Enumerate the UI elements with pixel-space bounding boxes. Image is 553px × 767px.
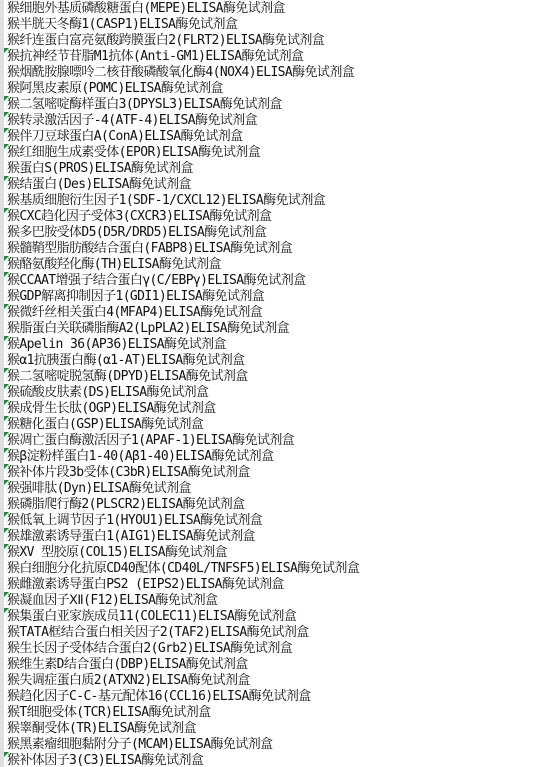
spreadsheet-row[interactable]: 猴细胞外基质磷酸糖蛋白(MEPE)ELISA酶免试剂盒 xyxy=(0,0,553,16)
cell-text[interactable]: 猴硫酸皮肤素(DS)ELISA酶免试剂盒 xyxy=(4,385,208,400)
spreadsheet-row[interactable]: 猴结蛋白(Des)ELISA酶免试剂盒 xyxy=(0,176,553,192)
cell-text[interactable]: 猴补体片段3b受体(C3bR)ELISA酶免试剂盒 xyxy=(4,465,250,480)
cell-text[interactable]: 猴糖化蛋白(GSP)ELISA酶免试剂盒 xyxy=(4,417,203,432)
cell-text[interactable]: 猴伴刀豆球蛋白A(ConA)ELISA酶免试剂盒 xyxy=(4,129,243,144)
spreadsheet-row[interactable]: 猴酪氨酸羟化酶(TH)ELISA酶免试剂盒 xyxy=(0,256,553,272)
spreadsheet-row[interactable]: 猴生长因子受体结合蛋白2(Grb2)ELISA酶免试剂盒 xyxy=(0,640,553,656)
spreadsheet-row[interactable]: 猴趋化因子C-C-基元配体16(CCL16)ELISA酶免试剂盒 xyxy=(0,688,553,704)
spreadsheet-row[interactable]: 猴凋亡蛋白酶激活因子1(APAF-1)ELISA酶免试剂盒 xyxy=(0,432,553,448)
spreadsheet-row[interactable]: 猴硫酸皮肤素(DS)ELISA酶免试剂盒 xyxy=(0,384,553,400)
spreadsheet-row[interactable]: 猴睾酮受体(TR)ELISA酶免试剂盒 xyxy=(0,720,553,736)
spreadsheet-row[interactable]: 猴红细胞生成素受体(EPOR)ELISA酶免试剂盒 xyxy=(0,144,553,160)
cell-text[interactable]: 猴CXC趋化因子受体3(CXCR3)ELISA酶免试剂盒 xyxy=(4,209,271,224)
spreadsheet-row[interactable]: 猴低氧上调节因子1(HYOU1)ELISA酶免试剂盒 xyxy=(0,512,553,528)
cell-text[interactable]: 猴TATA框结合蛋白相关因子2(TAF2)ELISA酶免试剂盒 xyxy=(4,625,309,640)
spreadsheet-row[interactable]: 猴CCAAT增强子结合蛋白γ(C/EBPγ)ELISA酶免试剂盒 xyxy=(0,272,553,288)
cell-text[interactable]: 猴烟酰胺腺嘌呤二核苷酸磷酸氧化酶4(NOX4)ELISA酶免试剂盒 xyxy=(4,65,354,80)
spreadsheet-row[interactable]: 猴阿黑皮素原(POMC)ELISA酶免试剂盒 xyxy=(0,80,553,96)
spreadsheet-row[interactable]: 猴雄激素诱导蛋白1(AIG1)ELISA酶免试剂盒 xyxy=(0,528,553,544)
cell-text[interactable]: 猴补体因子3(C3)ELISA酶免试剂盒 xyxy=(4,753,203,767)
cell-text[interactable]: 猴生长因子受体结合蛋白2(Grb2)ELISA酶免试剂盒 xyxy=(4,641,292,656)
cell-text[interactable]: 猴结蛋白(Des)ELISA酶免试剂盒 xyxy=(4,177,191,192)
spreadsheet-row[interactable]: 猴失调症蛋白质2(ATXN2)ELISA酶免试剂盒 xyxy=(0,672,553,688)
cell-text[interactable]: 猴XV 型胶原(COL15)ELISA酶免试剂盒 xyxy=(4,545,227,560)
cell-text[interactable]: 猴失调症蛋白质2(ATXN2)ELISA酶免试剂盒 xyxy=(4,673,250,688)
spreadsheet-row[interactable]: 猴XV 型胶原(COL15)ELISA酶免试剂盒 xyxy=(0,544,553,560)
spreadsheet-row[interactable]: 猴磷脂爬行酶2(PLSCR2)ELISA酶免试剂盒 xyxy=(0,496,553,512)
spreadsheet-row[interactable]: 猴半胱天冬酶1(CASP1)ELISA酶免试剂盒 xyxy=(0,16,553,32)
cell-text[interactable]: 猴强啡肽(Dyn)ELISA酶免试剂盒 xyxy=(4,481,191,496)
spreadsheet-row[interactable]: 猴GDP解离抑制因子1(GDI1)ELISA酶免试剂盒 xyxy=(0,288,553,304)
cell-text[interactable]: 猴GDP解离抑制因子1(GDI1)ELISA酶免试剂盒 xyxy=(4,289,264,304)
cell-text[interactable]: 猴趋化因子C-C-基元配体16(CCL16)ELISA酶免试剂盒 xyxy=(4,689,311,704)
cell-text[interactable]: 猴睾酮受体(TR)ELISA酶免试剂盒 xyxy=(4,721,196,736)
spreadsheet-row[interactable]: 猴凝血因子Ⅻ(F12)ELISA酶免试剂盒 xyxy=(0,592,553,608)
spreadsheet-row[interactable]: 猴多巴胺受体D5(D5R/DRD5)ELISA酶免试剂盒 xyxy=(0,224,553,240)
spreadsheet-row[interactable]: 猴糖化蛋白(GSP)ELISA酶免试剂盒 xyxy=(0,416,553,432)
cell-text[interactable]: 猴转录激活因子-4(ATF-4)ELISA酶免试剂盒 xyxy=(4,113,257,128)
spreadsheet-row[interactable]: 猴雌激素诱导蛋白PS2 (EIPS2)ELISA酶免试剂盒 xyxy=(0,576,553,592)
cell-text[interactable]: 猴雄激素诱导蛋白1(AIG1)ELISA酶免试剂盒 xyxy=(4,529,255,544)
cell-text[interactable]: 猴黑素瘤细胞黏附分子(MCAM)ELISA酶免试剂盒 xyxy=(4,737,273,752)
spreadsheet-row[interactable]: 猴成骨生长肽(OGP)ELISA酶免试剂盒 xyxy=(0,400,553,416)
cell-text[interactable]: 猴半胱天冬酶1(CASP1)ELISA酶免试剂盒 xyxy=(4,17,237,32)
cell-text[interactable]: 猴脂蛋白关联磷脂酶A2(LpPLA2)ELISA酶免试剂盒 xyxy=(4,321,289,336)
spreadsheet-row[interactable]: 猴转录激活因子-4(ATF-4)ELISA酶免试剂盒 xyxy=(0,112,553,128)
cell-text[interactable]: 猴维生素D结合蛋白(DBP)ELISA酶免试剂盒 xyxy=(4,657,248,672)
spreadsheet-row[interactable]: 猴TATA框结合蛋白相关因子2(TAF2)ELISA酶免试剂盒 xyxy=(0,624,553,640)
cell-text[interactable]: 猴基质细胞衍生因子1(SDF-1/CXCL12)ELISA酶免试剂盒 xyxy=(4,193,325,208)
spreadsheet-row[interactable]: 猴二氢嘧啶脱氢酶(DPYD)ELISA酶免试剂盒 xyxy=(0,368,553,384)
spreadsheet-row[interactable]: 猴补体因子3(C3)ELISA酶免试剂盒 xyxy=(0,752,553,767)
cell-text[interactable]: 猴抗神经节苷脂M1抗体(Anti-GM1)ELISA酶免试剂盒 xyxy=(4,49,303,64)
cell-text[interactable]: 猴蛋白S(PROS)ELISA酶免试剂盒 xyxy=(4,161,193,176)
spreadsheet-row[interactable]: 猴蛋白S(PROS)ELISA酶免试剂盒 xyxy=(0,160,553,176)
spreadsheet-row[interactable]: 猴Apelin 36(AP36)ELISA酶免试剂盒 xyxy=(0,336,553,352)
spreadsheet-row[interactable]: 猴黑素瘤细胞黏附分子(MCAM)ELISA酶免试剂盒 xyxy=(0,736,553,752)
spreadsheet-row[interactable]: 猴二氢嘧啶酶样蛋白3(DPYSL3)ELISA酶免试剂盒 xyxy=(0,96,553,112)
cell-text[interactable]: 猴低氧上调节因子1(HYOU1)ELISA酶免试剂盒 xyxy=(4,513,262,528)
cell-text[interactable]: 猴成骨生长肽(OGP)ELISA酶免试剂盒 xyxy=(4,401,216,416)
spreadsheet-row[interactable]: 猴髓鞘型脂肪酸结合蛋白(FABP8)ELISA酶免试剂盒 xyxy=(0,240,553,256)
cell-text[interactable]: 猴红细胞生成素受体(EPOR)ELISA酶免试剂盒 xyxy=(4,145,260,160)
spreadsheet-row[interactable]: 猴脂蛋白关联磷脂酶A2(LpPLA2)ELISA酶免试剂盒 xyxy=(0,320,553,336)
cell-text[interactable]: 猴微纤丝相关蛋白4(MFAP4)ELISA酶免试剂盒 xyxy=(4,305,262,320)
spreadsheet-row[interactable]: 猴维生素D结合蛋白(DBP)ELISA酶免试剂盒 xyxy=(0,656,553,672)
cell-text[interactable]: 猴磷脂爬行酶2(PLSCR2)ELISA酶免试剂盒 xyxy=(4,497,245,512)
spreadsheet-row[interactable]: 猴补体片段3b受体(C3bR)ELISA酶免试剂盒 xyxy=(0,464,553,480)
spreadsheet-row[interactable]: 猴α1抗胰蛋白酶(α1-AT)ELISA酶免试剂盒 xyxy=(0,352,553,368)
spreadsheet-row[interactable]: 猴β淀粉样蛋白1-40(Aβ1-40)ELISA酶免试剂盒 xyxy=(0,448,553,464)
cell-text[interactable]: 猴白细胞分化抗原CD40配体(CD40L/TNFSF5)ELISA酶免试剂盒 xyxy=(4,561,359,576)
spreadsheet-row[interactable]: 猴抗神经节苷脂M1抗体(Anti-GM1)ELISA酶免试剂盒 xyxy=(0,48,553,64)
spreadsheet-row[interactable]: 猴强啡肽(Dyn)ELISA酶免试剂盒 xyxy=(0,480,553,496)
spreadsheet-row[interactable]: 猴CXC趋化因子受体3(CXCR3)ELISA酶免试剂盒 xyxy=(0,208,553,224)
cell-text[interactable]: 猴阿黑皮素原(POMC)ELISA酶免试剂盒 xyxy=(4,81,223,96)
cell-text[interactable]: 猴α1抗胰蛋白酶(α1-AT)ELISA酶免试剂盒 xyxy=(4,353,245,368)
cell-text[interactable]: 猴β淀粉样蛋白1-40(Aβ1-40)ELISA酶免试剂盒 xyxy=(4,449,273,464)
cell-text[interactable]: 猴细胞外基质磷酸糖蛋白(MEPE)ELISA酶免试剂盒 xyxy=(4,1,285,16)
cell-text[interactable]: 猴T细胞受体(TCR)ELISA酶免试剂盒 xyxy=(4,705,211,720)
cell-text[interactable]: 猴多巴胺受体D5(D5R/DRD5)ELISA酶免试剂盒 xyxy=(4,225,266,240)
cell-text[interactable]: 猴凝血因子Ⅻ(F12)ELISA酶免试剂盒 xyxy=(4,593,217,608)
cell-text[interactable]: 猴酪氨酸羟化酶(TH)ELISA酶免试剂盒 xyxy=(4,257,221,272)
cell-text[interactable]: 猴凋亡蛋白酶激活因子1(APAF-1)ELISA酶免试剂盒 xyxy=(4,433,294,448)
spreadsheet-row[interactable]: 猴烟酰胺腺嘌呤二核苷酸磷酸氧化酶4(NOX4)ELISA酶免试剂盒 xyxy=(0,64,553,80)
cell-text[interactable]: 猴集蛋白亚家族成员11(COLEC11)ELISA酶免试剂盒 xyxy=(4,609,296,624)
cell-text[interactable]: 猴二氢嘧啶酶样蛋白3(DPYSL3)ELISA酶免试剂盒 xyxy=(4,97,282,112)
cell-text[interactable]: 猴髓鞘型脂肪酸结合蛋白(FABP8)ELISA酶免试剂盒 xyxy=(4,241,292,256)
spreadsheet-row[interactable]: 猴白细胞分化抗原CD40配体(CD40L/TNFSF5)ELISA酶免试剂盒 xyxy=(0,560,553,576)
cell-text[interactable]: 猴Apelin 36(AP36)ELISA酶免试剂盒 xyxy=(4,337,226,352)
cell-text[interactable]: 猴纤连蛋白富亮氨酸跨膜蛋白2(FLRT2)ELISA酶免试剂盒 xyxy=(4,33,324,48)
spreadsheet-row[interactable]: 猴基质细胞衍生因子1(SDF-1/CXCL12)ELISA酶免试剂盒 xyxy=(0,192,553,208)
spreadsheet-row[interactable]: 猴T细胞受体(TCR)ELISA酶免试剂盒 xyxy=(0,704,553,720)
cell-text[interactable]: 猴CCAAT增强子结合蛋白γ(C/EBPγ)ELISA酶免试剂盒 xyxy=(4,273,306,288)
spreadsheet-column: 猴细胞外基质磷酸糖蛋白(MEPE)ELISA酶免试剂盒 猴半胱天冬酶1(CASP… xyxy=(0,0,553,767)
spreadsheet-row[interactable]: 猴集蛋白亚家族成员11(COLEC11)ELISA酶免试剂盒 xyxy=(0,608,553,624)
cell-text[interactable]: 猴雌激素诱导蛋白PS2 (EIPS2)ELISA酶免试剂盒 xyxy=(4,577,284,592)
spreadsheet-row[interactable]: 猴纤连蛋白富亮氨酸跨膜蛋白2(FLRT2)ELISA酶免试剂盒 xyxy=(0,32,553,48)
spreadsheet-row[interactable]: 猴伴刀豆球蛋白A(ConA)ELISA酶免试剂盒 xyxy=(0,128,553,144)
cell-text[interactable]: 猴二氢嘧啶脱氢酶(DPYD)ELISA酶免试剂盒 xyxy=(4,369,248,384)
spreadsheet-row[interactable]: 猴微纤丝相关蛋白4(MFAP4)ELISA酶免试剂盒 xyxy=(0,304,553,320)
